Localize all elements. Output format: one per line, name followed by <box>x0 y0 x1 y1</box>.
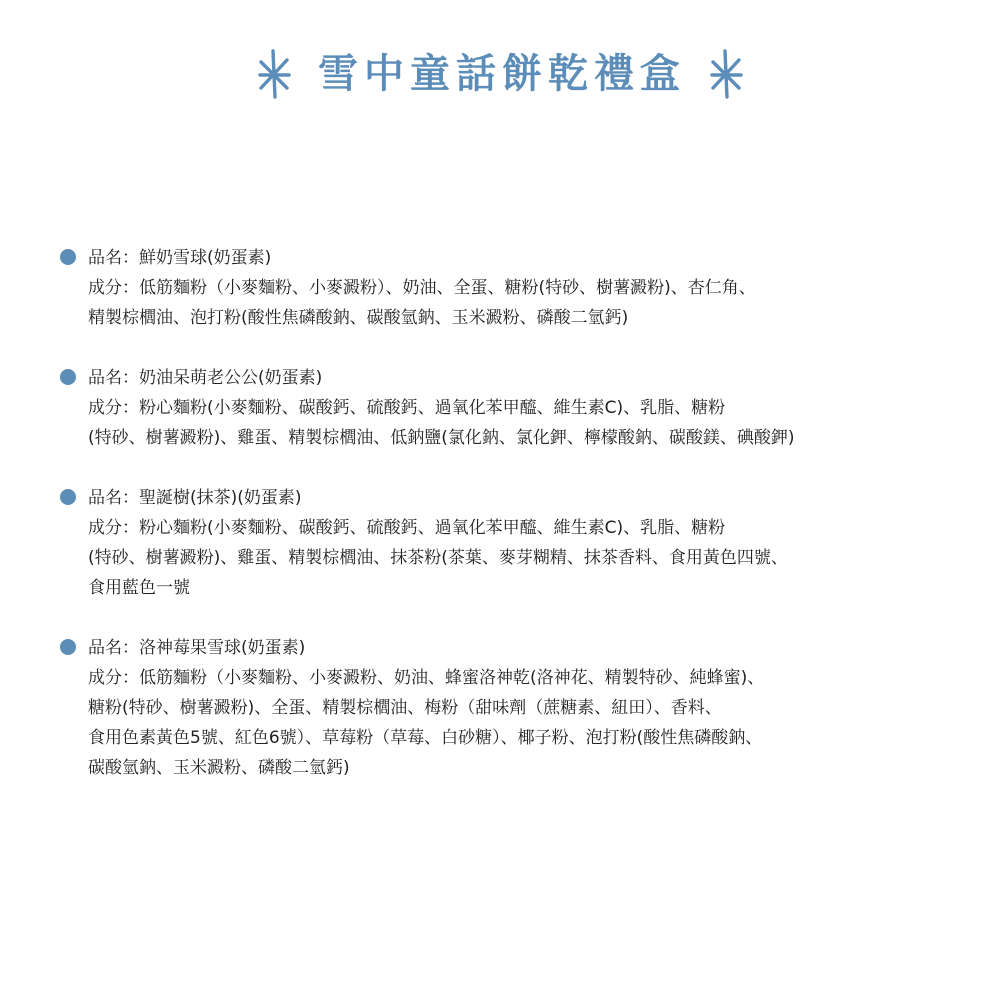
product-list: 品名：鮮奶雪球(奶蛋素) 成分：低筋麵粉（小麥麵粉、小麥澱粉）、奶油、全蛋、糖粉… <box>60 243 960 813</box>
ingredient-line: 精製棕櫚油、泡打粉(酸性焦磷酸鈉、碳酸氫鈉、玉米澱粉、磷酸二氫鈣) <box>88 303 960 333</box>
product-item: 品名：奶油呆萌老公公(奶蛋素) 成分：粉心麵粉(小麥麵粉、碳酸鈣、硫酸鈣、過氧化… <box>60 363 960 453</box>
product-name: 品名：洛神莓果雪球(奶蛋素) <box>88 633 960 663</box>
product-name: 品名：鮮奶雪球(奶蛋素) <box>88 243 960 273</box>
ingredient-line: 食用色素黃色5號、紅色6號）、草莓粉（草莓、白砂糖）、椰子粉、泡打粉(酸性焦磷酸… <box>88 723 960 753</box>
ingredient-line: (特砂、樹薯澱粉)、雞蛋、精製棕櫚油、低鈉鹽(氯化鈉、氯化鉀、檸檬酸鈉、碳酸鎂、… <box>88 423 960 453</box>
page-title: 雪中童話餅乾禮盒 <box>318 54 686 94</box>
ingredient-line: 糖粉(特砂、樹薯澱粉)、全蛋、精製棕櫚油、梅粉（甜味劑（蔗糖素、紐田）、香料、 <box>88 693 960 723</box>
ingredient-line: 碳酸氫鈉、玉米澱粉、磷酸二氫鈣) <box>88 753 960 783</box>
product-name: 品名：奶油呆萌老公公(奶蛋素) <box>88 363 960 393</box>
ingredient-line: (特砂、樹薯澱粉)、雞蛋、精製棕櫚油、抹茶粉(茶葉、麥芽糊精、抹茶香料、食用黃色… <box>88 543 960 573</box>
ingredient-line: 食用藍色一號 <box>88 573 960 603</box>
snowflake-icon <box>256 48 292 100</box>
bullet-icon <box>60 639 76 655</box>
bullet-icon <box>60 489 76 505</box>
product-item: 品名：洛神莓果雪球(奶蛋素) 成分：低筋麵粉（小麥麵粉、小麥澱粉、奶油、蜂蜜洛神… <box>60 633 960 783</box>
bullet-icon <box>60 369 76 385</box>
header: 雪中童話餅乾禮盒 <box>0 42 1000 106</box>
product-item: 品名：聖誕樹(抹茶)(奶蛋素) 成分：粉心麵粉(小麥麵粉、碳酸鈣、硫酸鈣、過氧化… <box>60 483 960 603</box>
product-item: 品名：鮮奶雪球(奶蛋素) 成分：低筋麵粉（小麥麵粉、小麥澱粉）、奶油、全蛋、糖粉… <box>60 243 960 333</box>
ingredient-line: 成分：低筋麵粉（小麥麵粉、小麥澱粉）、奶油、全蛋、糖粉(特砂、樹薯澱粉)、杏仁角… <box>88 273 960 303</box>
snowflake-icon <box>708 48 744 100</box>
ingredient-line: 成分：粉心麵粉(小麥麵粉、碳酸鈣、硫酸鈣、過氧化苯甲醯、維生素C)、乳脂、糖粉 <box>88 513 960 543</box>
ingredient-line: 成分：粉心麵粉(小麥麵粉、碳酸鈣、硫酸鈣、過氧化苯甲醯、維生素C)、乳脂、糖粉 <box>88 393 960 423</box>
product-name: 品名：聖誕樹(抹茶)(奶蛋素) <box>88 483 960 513</box>
bullet-icon <box>60 249 76 265</box>
ingredient-line: 成分：低筋麵粉（小麥麵粉、小麥澱粉、奶油、蜂蜜洛神乾(洛神花、精製特砂、純蜂蜜)… <box>88 663 960 693</box>
